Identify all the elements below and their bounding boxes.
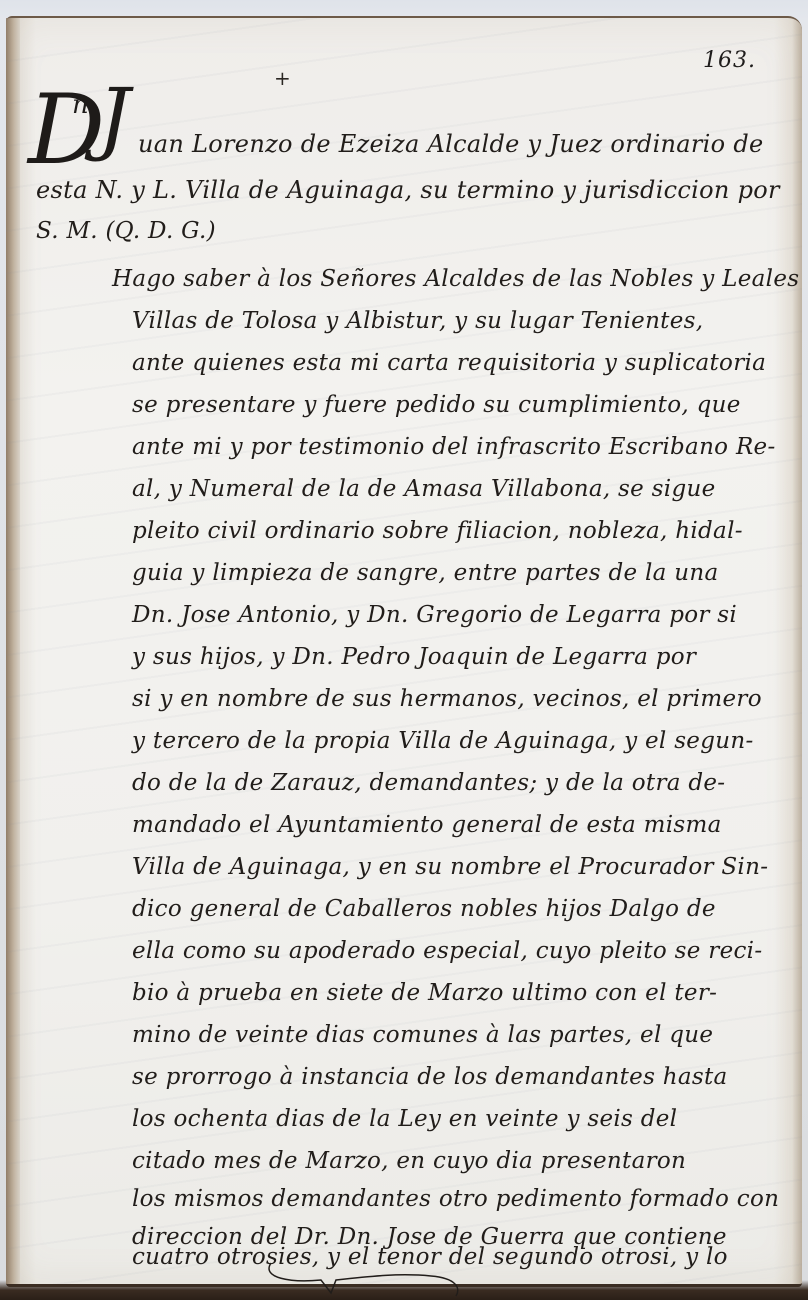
text-line-4: Hago saber à los Señores Alcaldes de las… xyxy=(112,266,799,292)
text-line-1: uan Lorenzo de Ezeiza Alcalde y Juez ord… xyxy=(138,130,764,158)
cross-mark: + xyxy=(274,66,291,90)
text-line-18: Villa de Aguinaga, y en su nombre el Pro… xyxy=(132,854,768,880)
initial-letter-d: D xyxy=(28,82,105,178)
text-line-5: Villas de Tolosa y Albistur, y su lugar … xyxy=(132,308,703,334)
text-line-26: los mismos demandantes otro pedimento fo… xyxy=(132,1186,779,1212)
initial-superscript: n xyxy=(72,90,89,120)
text-line-19: dico general de Caballeros nobles hijos … xyxy=(132,896,716,922)
text-line-3: S. M. (Q. D. G.) xyxy=(36,218,216,244)
text-line-20: ella como su apoderado especial, cuyo pl… xyxy=(132,938,762,964)
folio-number: 163. xyxy=(703,48,756,73)
initial-letter-j: J xyxy=(98,78,130,158)
text-line-10: pleito civil ordinario sobre filiacion, … xyxy=(132,518,743,544)
text-line-25: citado mes de Marzo, en cuyo dia present… xyxy=(132,1148,686,1174)
text-line-2: esta N. y L. Villa de Aguinaga, su termi… xyxy=(36,176,780,204)
closing-flourish-icon xyxy=(261,1258,491,1298)
text-line-9: al, y Numeral de la de Amasa Villabona, … xyxy=(132,476,716,502)
text-line-11: guia y limpieza de sangre, entre partes … xyxy=(132,560,719,586)
text-line-12: Dn. Jose Antonio, y Dn. Gregorio de Lega… xyxy=(132,602,737,628)
text-line-6: ante quienes esta mi carta requisitoria … xyxy=(132,350,766,376)
text-line-24: los ochenta dias de la Ley en veinte y s… xyxy=(132,1106,677,1132)
text-line-13: y sus hijos, y Dn. Pedro Joaquin de Lega… xyxy=(132,644,696,670)
text-line-15: y tercero de la propia Villa de Aguinaga… xyxy=(132,728,754,754)
text-line-8: ante mi y por testimonio del infrascrito… xyxy=(132,434,776,460)
text-line-22: mino de veinte dias comunes à las partes… xyxy=(132,1022,713,1048)
page-binding-edge xyxy=(6,18,20,1284)
text-line-23: se prorrogo à instancia de los demandant… xyxy=(132,1064,728,1090)
text-line-21: bio à prueba en siete de Marzo ultimo co… xyxy=(132,980,717,1006)
text-line-14: si y en nombre de sus hermanos, vecinos,… xyxy=(132,686,762,712)
text-line-17: mandado el Ayuntamiento general de esta … xyxy=(132,812,722,838)
text-line-16: do de la de Zarauz, demandantes; y de la… xyxy=(132,770,725,796)
text-line-7: se presentare y fuere pedido su cumplimi… xyxy=(132,392,741,418)
manuscript-scan: 163. + D n J uan Lorenzo de Ezeiza Alcal… xyxy=(0,0,808,1300)
manuscript-page: 163. + D n J uan Lorenzo de Ezeiza Alcal… xyxy=(6,16,802,1287)
